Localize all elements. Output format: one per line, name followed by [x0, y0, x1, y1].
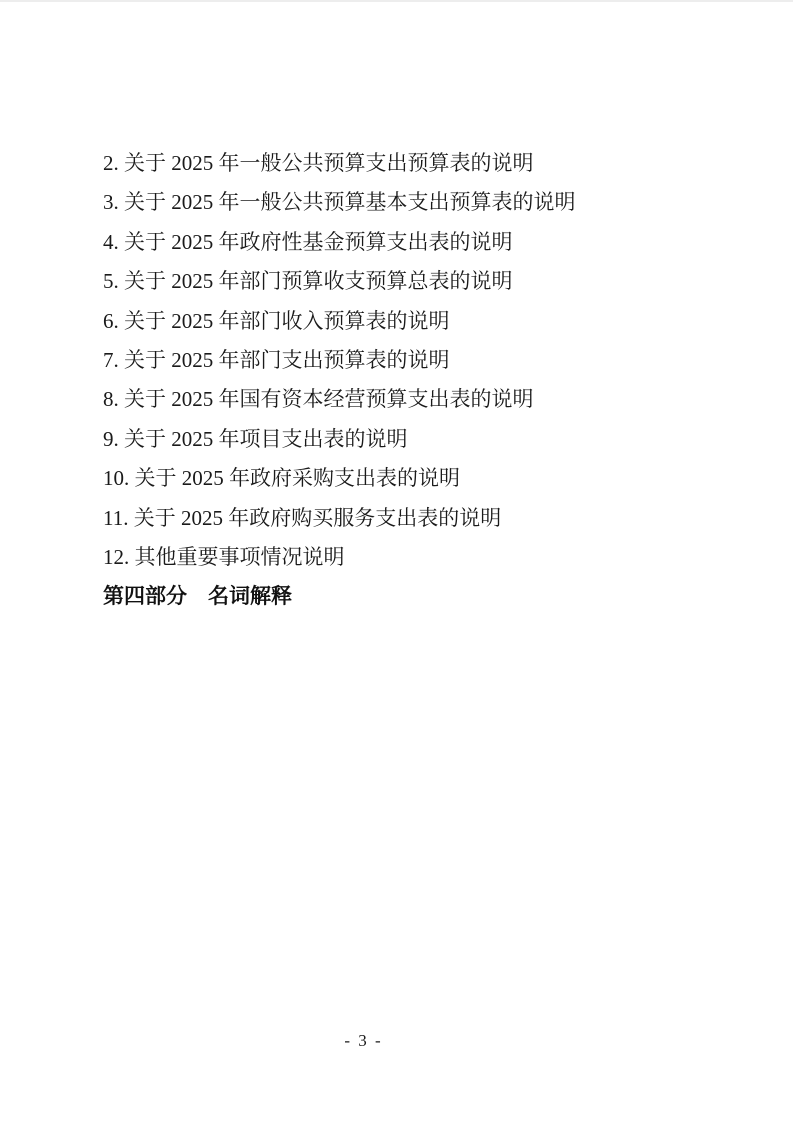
- toc-item: 11. 关于 2025 年政府购买服务支出表的说明: [103, 499, 743, 538]
- toc-item: 9. 关于 2025 年项目支出表的说明: [103, 420, 743, 459]
- toc-item: 12. 其他重要事项情况说明: [103, 538, 743, 577]
- toc-item: 2. 关于 2025 年一般公共预算支出预算表的说明: [103, 144, 743, 183]
- toc-item: 8. 关于 2025 年国有资本经营预算支出表的说明: [103, 380, 743, 419]
- toc-item: 3. 关于 2025 年一般公共预算基本支出预算表的说明: [103, 183, 743, 222]
- toc-content: 2. 关于 2025 年一般公共预算支出预算表的说明 3. 关于 2025 年一…: [103, 144, 743, 617]
- toc-item: 4. 关于 2025 年政府性基金预算支出表的说明: [103, 223, 743, 262]
- page-top-edge: [0, 0, 793, 2]
- toc-item: 5. 关于 2025 年部门预算收支预算总表的说明: [103, 262, 743, 301]
- document-page: 2. 关于 2025 年一般公共预算支出预算表的说明 3. 关于 2025 年一…: [0, 0, 793, 1122]
- toc-item: 10. 关于 2025 年政府采购支出表的说明: [103, 459, 743, 498]
- toc-item: 6. 关于 2025 年部门收入预算表的说明: [103, 302, 743, 341]
- section-heading: 第四部分 名词解释: [103, 577, 743, 616]
- toc-item: 7. 关于 2025 年部门支出预算表的说明: [103, 341, 743, 380]
- page-number: - 3 -: [0, 1031, 727, 1051]
